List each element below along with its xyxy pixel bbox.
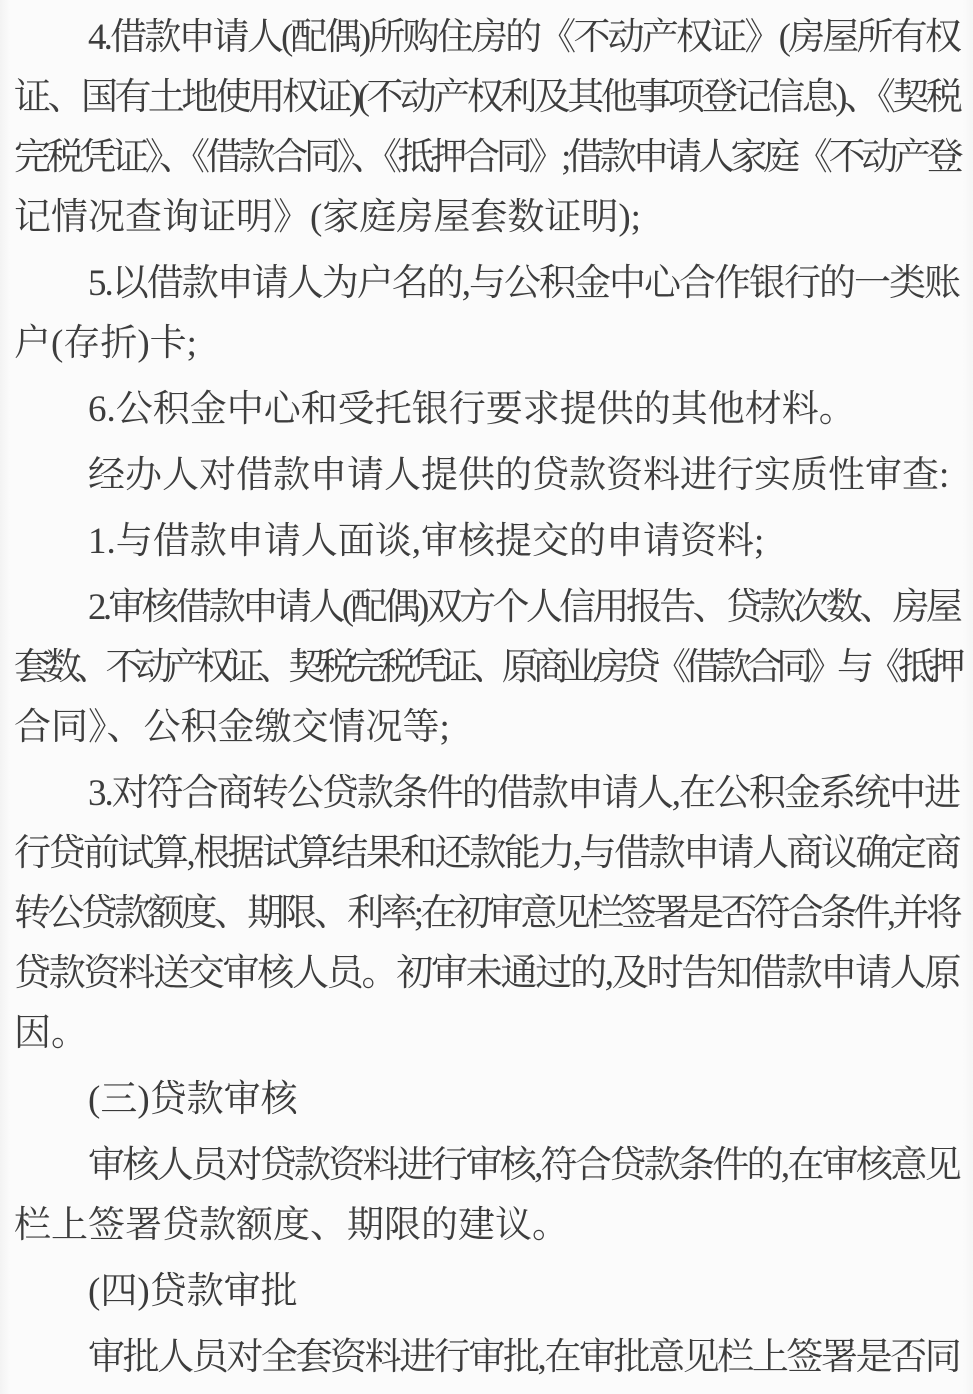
text-line: 栏上签署贷款额度、期限的建议。 bbox=[14, 1196, 959, 1256]
paragraph: 审批人员对全套资料进行审批,在审批意见栏上签署是否同 bbox=[14, 1328, 959, 1388]
text-line: 转公贷款额度、期限、利率;在初审意见栏签署是否符合条件,并将 bbox=[14, 884, 959, 944]
text-line: 完税凭证》、《借款合同》、《抵押合同》;借款申请人家庭《不动产登 bbox=[14, 128, 959, 188]
text-line: 经办人对借款申请人提供的贷款资料进行实质性审查: bbox=[14, 446, 959, 506]
paragraph: 经办人对借款申请人提供的贷款资料进行实质性审查: bbox=[14, 446, 959, 506]
paragraph: 3.对符合商转公贷款条件的借款申请人,在公积金系统中进行贷前试算,根据试算结果和… bbox=[14, 764, 959, 1064]
text-line: 1.与借款申请人面谈,审核提交的申请资料; bbox=[14, 512, 959, 572]
paragraph: 2.审核借款申请人(配偶)双方个人信用报告、贷款次数、房屋套数、不动产权证、契税… bbox=[14, 578, 959, 758]
text-line: 审批人员对全套资料进行审批,在审批意见栏上签署是否同 bbox=[14, 1328, 959, 1388]
paragraph: 1.与借款申请人面谈,审核提交的申请资料; bbox=[14, 512, 959, 572]
paragraph: 4.借款申请人(配偶)所购住房的《不动产权证》(房屋所有权证、国有土地使用权证)… bbox=[14, 8, 959, 248]
text-line: 户(存折)卡; bbox=[14, 314, 959, 374]
text-line: (四)贷款审批 bbox=[14, 1262, 959, 1322]
text-line: 贷款资料送交审核人员。初审未通过的,及时告知借款申请人原 bbox=[14, 944, 959, 1004]
paragraph: 6.公积金中心和受托银行要求提供的其他材料。 bbox=[14, 380, 959, 440]
section-heading: (四)贷款审批 bbox=[14, 1262, 959, 1322]
document-page: 4.借款申请人(配偶)所购住房的《不动产权证》(房屋所有权证、国有土地使用权证)… bbox=[0, 0, 973, 1394]
text-line: 4.借款申请人(配偶)所购住房的《不动产权证》(房屋所有权 bbox=[14, 8, 959, 68]
text-line: 6.公积金中心和受托银行要求提供的其他材料。 bbox=[14, 380, 959, 440]
paragraph: 5.以借款申请人为户名的,与公积金中心合作银行的一类账户(存折)卡; bbox=[14, 254, 959, 374]
text-line: 3.对符合商转公贷款条件的借款申请人,在公积金系统中进 bbox=[14, 764, 959, 824]
text-line: 2.审核借款申请人(配偶)双方个人信用报告、贷款次数、房屋 bbox=[14, 578, 959, 638]
text-line: (三)贷款审核 bbox=[14, 1070, 959, 1130]
text-line: 套数、不动产权证、契税完税凭证、原商业房贷《借款合同》与《抵押 bbox=[14, 638, 959, 698]
text-line: 证、国有土地使用权证)(不动产权利及其他事项登记信息)、《契税 bbox=[14, 68, 959, 128]
text-line: 因。 bbox=[14, 1004, 959, 1064]
section-heading: (三)贷款审核 bbox=[14, 1070, 959, 1130]
text-line: 行贷前试算,根据试算结果和还款能力,与借款申请人商议确定商 bbox=[14, 824, 959, 884]
text-line: 记情况查询证明》(家庭房屋套数证明); bbox=[14, 188, 959, 248]
text-line: 5.以借款申请人为户名的,与公积金中心合作银行的一类账 bbox=[14, 254, 959, 314]
document-body: 4.借款申请人(配偶)所购住房的《不动产权证》(房屋所有权证、国有土地使用权证)… bbox=[14, 8, 959, 1388]
paragraph: 审核人员对贷款资料进行审核,符合贷款条件的,在审核意见栏上签署贷款额度、期限的建… bbox=[14, 1136, 959, 1256]
text-line: 合同》、公积金缴交情况等; bbox=[14, 698, 959, 758]
text-line: 审核人员对贷款资料进行审核,符合贷款条件的,在审核意见 bbox=[14, 1136, 959, 1196]
